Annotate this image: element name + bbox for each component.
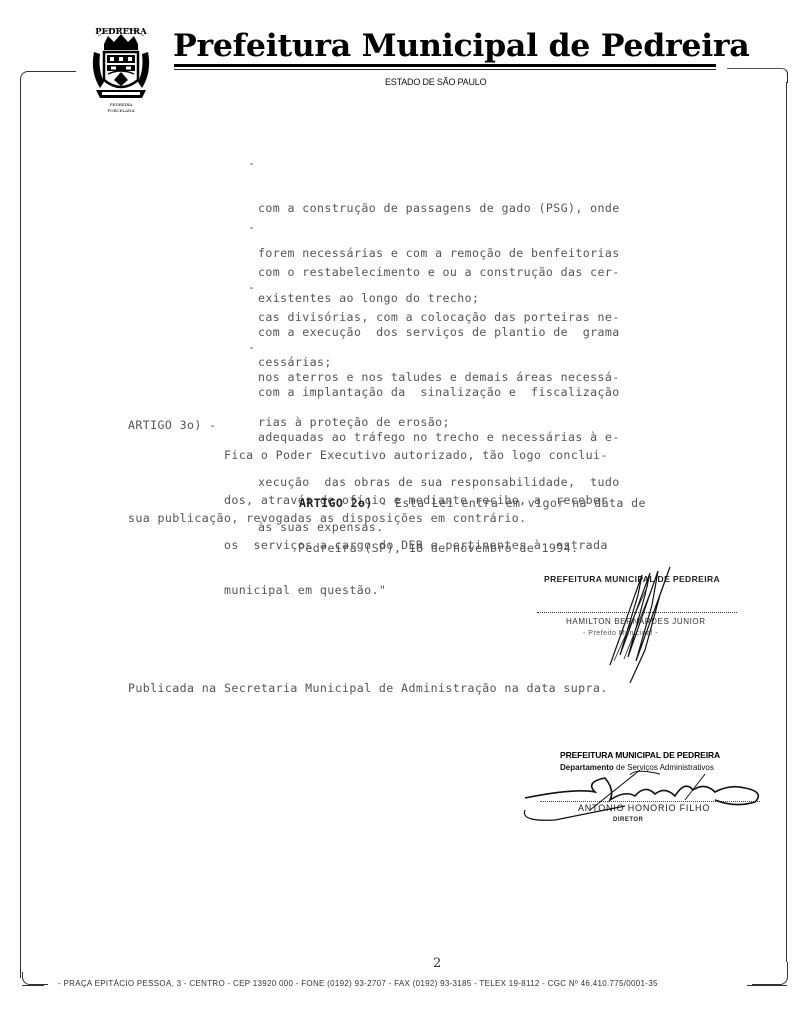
clause-line: com a construção de passagens de gado (P… [258,201,620,216]
article-2-line-1: ARTIGO 2o) - Esta Lei entra em vigor na … [299,496,646,511]
handwritten-signature-2-icon [515,770,775,830]
date-line: Pedreira (SP), 18 de novembro de 1994. [298,541,578,556]
footer-address: - PRAÇA EPITÁCIO PESSOA, 3 - CENTRO - CE… [58,979,658,988]
article-2-label: ARTIGO 2o) [299,496,373,510]
svg-text:PEDREIRA: PEDREIRA [110,102,132,107]
footer-rule-right [747,985,787,986]
municipal-crest-icon: PEDREIRA PEDREIRA PORCELANA [90,22,152,114]
clause-dash: - [248,280,255,295]
page-number: 2 [433,956,441,971]
clause-dash: - [248,156,255,171]
page-frame-bottom-left [22,972,48,985]
page-frame-bottom-right [752,962,788,985]
title-rule-thin [174,69,716,70]
clause-line: com a implantação da sinalização e fisca… [258,385,620,400]
page-frame-left [20,85,21,978]
page-frame-top-left [20,71,76,86]
article-3-line: municipal em questão." [224,583,608,598]
svg-text:PORCELANA: PORCELANA [108,108,135,113]
clause-line: com o restabelecimento e ou a construção… [258,265,620,280]
article-2-text: - Esta Lei entra em vigor na data de [373,496,646,510]
footer-rule-left [22,985,44,986]
letterhead-title: Prefeitura Municipal de Pedreira [173,28,749,64]
handwritten-signature-1-icon [590,565,690,685]
publication-note: Publicada na Secretaria Municipal de Adm… [128,681,608,696]
article-2-line-2: sua publicação, revogadas as disposições… [128,511,527,526]
clause-line: com a execução dos serviços de plantio d… [258,325,620,340]
state-subtitle: ESTADO DE SÃO PAULO [385,77,486,87]
page-frame-right [786,82,787,962]
article-3-line: Fica o Poder Executivo autorizado, tão l… [224,448,608,463]
signature-2-organization: PREFEITURA MUNICIPAL DE PEDREIRA [560,750,720,760]
page-frame-top-right [727,68,788,83]
clause-dash: - [248,220,255,235]
clause-dash: - [248,340,255,355]
title-rule [174,64,716,67]
